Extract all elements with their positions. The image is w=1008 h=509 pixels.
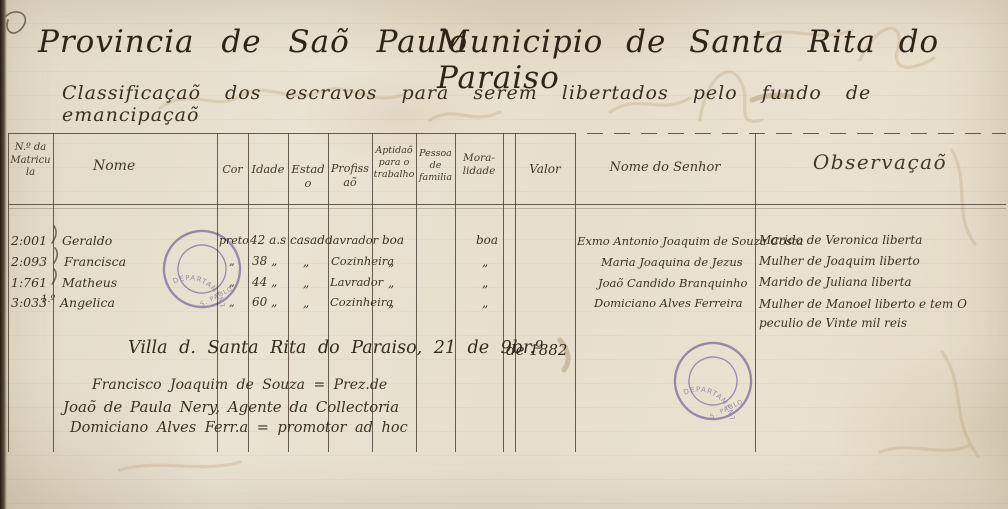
cell-matricula: 2:093 <box>11 254 47 269</box>
col-header-matricula: N.º da Matricula <box>9 142 52 180</box>
title-subtitle: Classificaçaõ dos escravos para serem li… <box>62 82 1008 126</box>
cell-aptidao: „ <box>388 296 394 310</box>
cell-prefix: 1.º <box>41 294 55 305</box>
dateline-place: Villa d. Santa Rita do Paraiso, 21 de 9b… <box>128 338 543 358</box>
table-vline <box>455 133 456 452</box>
col-header-cor: Cor <box>217 163 248 177</box>
col-header-profissao: Profissaõ <box>328 162 372 190</box>
cell-moralidade: „ <box>482 296 488 310</box>
scanned-document-page: Provincia de Saõ Paulo Municipio de Sant… <box>0 0 1008 509</box>
cell-moralidade: „ <box>482 255 488 269</box>
col-header-moralidade: Mora-lidade <box>456 152 502 178</box>
dateline-year: de 1882 <box>506 341 567 359</box>
col-header-idade: Idade <box>248 162 288 176</box>
table-top-rule-dashed <box>560 133 1006 134</box>
col-header-pessoa-familia: Pessoa de familia <box>416 148 455 184</box>
cell-profissao: Lavrador <box>330 275 383 289</box>
cell-observacao: Marido de Juliana liberta <box>759 275 912 289</box>
signature-president: Francisco Joaquim de Souza = Prez.de <box>92 377 387 393</box>
cell-estado: casado <box>290 233 332 247</box>
cell-observacao: Mulher de Manoel liberto e tem O peculio… <box>759 295 1005 332</box>
archive-stamp: DEPARTAMENTO DO ARQUIVO DO ESTADO S. PAU… <box>144 211 260 327</box>
archive-stamp: DEPARTAMENTO DO ARQUIVO DO ESTADO S. PAU… <box>656 324 771 439</box>
cell-matricula: 1:761 <box>11 275 47 290</box>
cell-profissao: Cozinheira <box>330 295 393 309</box>
cell-aptidao: „ <box>388 276 394 290</box>
cell-aptidao: „ <box>388 255 394 269</box>
table-vline <box>515 133 516 452</box>
col-header-estado: Estado <box>288 162 328 191</box>
cell-idade: 60 „ <box>252 295 277 309</box>
col-header-nome: Nome <box>53 158 217 176</box>
col-header-valor: Valor <box>515 162 575 177</box>
cell-estado: „ <box>303 255 309 269</box>
page-left-edge <box>0 0 7 509</box>
table-header-rule <box>8 204 1006 205</box>
title-province: Provincia de Saõ Paulo <box>38 24 468 60</box>
cell-profissao: lavrador <box>329 233 378 247</box>
cell-senhor: Joaõ Candido Branquinho <box>598 276 747 290</box>
signature-promotor: Domiciano Alves Ferr.a = promotor ad hoc <box>70 420 408 436</box>
cell-nome: Francisca <box>64 254 126 269</box>
signature-collectoria-agent: Joaõ de Paula Nery, Agente da Collectori… <box>63 398 399 416</box>
cell-matricula: 2:001 <box>11 233 47 248</box>
table-vline <box>53 133 54 452</box>
cell-aptidao: boa <box>382 233 404 247</box>
cell-senhor: Domiciano Alves Ferreira <box>594 296 743 310</box>
cell-senhor: Maria Joaquina de Jezus <box>601 255 743 269</box>
cell-moralidade: „ <box>482 276 488 290</box>
table-header-rule-faint <box>8 208 1006 209</box>
table-top-rule <box>8 133 560 134</box>
cell-nome: Matheus <box>62 275 117 290</box>
col-header-observacao: Observaçaõ <box>755 150 1005 175</box>
cell-moralidade: boa <box>476 233 498 247</box>
col-header-aptidao: Aptidaõ para o trabalho <box>372 145 416 181</box>
cell-profissao: Cozinheira <box>331 254 394 268</box>
table-vline <box>503 133 504 452</box>
col-header-nome-senhor: Nome do Senhor <box>575 160 755 176</box>
table-vline <box>8 133 9 452</box>
cell-estado: „ <box>303 296 309 310</box>
cell-idade: 38 „ <box>252 254 277 268</box>
cell-idade: 42 a.s <box>250 233 286 247</box>
cell-observacao: Mulher de Joaquim liberto <box>759 254 920 268</box>
cell-nome: Angelica <box>60 295 115 310</box>
cell-nome: Geraldo <box>62 233 112 248</box>
cell-estado: „ <box>303 276 309 290</box>
table-vline <box>575 133 576 452</box>
cell-observacao: Marido de Veronica liberta <box>759 233 922 247</box>
